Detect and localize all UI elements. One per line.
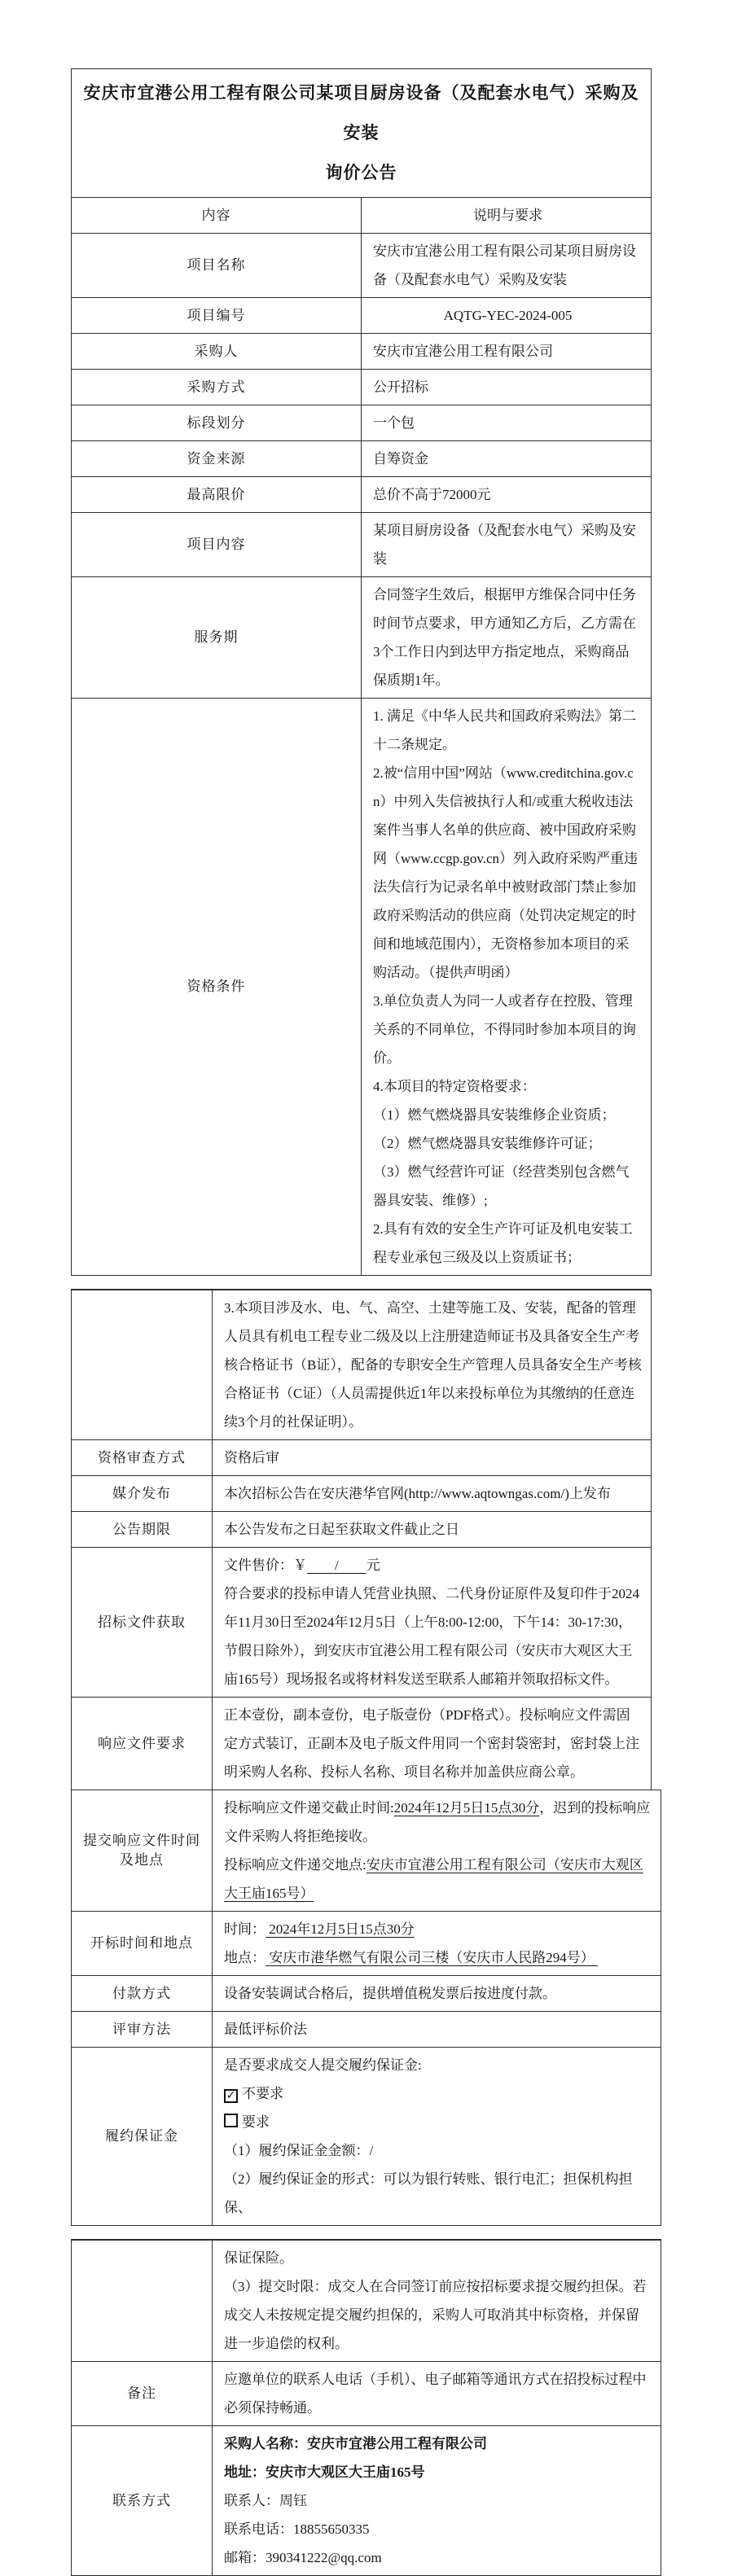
announcement-table-2b: 提交响应文件时间及地点投标响应文件递交截止时间:2024年12月5日15点30分… xyxy=(71,1790,661,2226)
paragraph: 总价不高于72000元 xyxy=(373,480,643,509)
paragraph: 投标响应文件递交截止时间:2024年12月5日15点30分，迟到的投标响应文件采… xyxy=(224,1794,652,1851)
text-segment: （3）提交时限：成交人在合同签订前应按招标要求提交履约担保。若成交人未按规定提交… xyxy=(224,2279,647,2351)
checkbox-unchecked-icon xyxy=(224,2114,238,2127)
table-row: 最高限价总价不高于72000元 xyxy=(72,477,652,513)
row-content: 时间： 2024年12月5日15点30分地点： 安庆市港华燃气有限公司三楼（安庆… xyxy=(213,1912,661,1976)
paragraph: （1）履约保证金金额：/ xyxy=(224,2136,652,2165)
paragraph: 文件售价：￥ / 元 xyxy=(224,1551,643,1579)
row-label: 招标文件获取 xyxy=(72,1548,213,1698)
row-label: 项目内容 xyxy=(72,513,362,577)
text-segment: 2.被“信用中国”网站（www.creditchina.gov.cn）中列入失信… xyxy=(373,765,638,980)
paragraph: 保证保险。 xyxy=(224,2244,652,2272)
paragraph: 公开招标 xyxy=(373,373,643,401)
text-segment: 符合要求的投标申请人凭营业执照、二代身份证原件及复印件于2024年11月30日至… xyxy=(224,1586,639,1687)
text-segment: 设备安装调试合格后，提供增值税发票后按进度付款。 xyxy=(224,1986,556,2001)
table-row: 资格审查方式资格后审 xyxy=(72,1440,652,1476)
row-label: 资格条件 xyxy=(72,699,362,1276)
row-content: AQTG-YEC-2024-005 xyxy=(362,298,652,334)
row-label: 内容 xyxy=(72,198,362,234)
row-content: 保证保险。（3）提交时限：成交人在合同签订前应按招标要求提交履约担保。若成交人未… xyxy=(213,2240,661,2362)
text-segment: （1）履约保证金金额：/ xyxy=(224,2143,373,2158)
row-content: 安庆市宜港公用工程有限公司 xyxy=(362,334,652,370)
paragraph: 正本壹份，副本壹份，电子版壹份（PDF格式）。投标响应文件需固定方式装订，正副本… xyxy=(224,1701,643,1786)
text-segment: （2）燃气燃烧器具安装维修许可证； xyxy=(373,1136,602,1151)
text-segment: 自筹资金 xyxy=(373,451,428,467)
paragraph: 2.具有有效的安全生产许可证及机电安装工程专业承包三级及以上资质证书； xyxy=(373,1215,643,1272)
text-segment: 最低评标价法 xyxy=(224,2022,307,2037)
row-content: 是否要求成交人提交履约保证金:✓不要求要求（1）履约保证金金额：/（2）履约保证… xyxy=(213,2048,661,2226)
row-label: 评审方法 xyxy=(72,2012,213,2048)
text-segment: 安庆市宜港公用工程有限公司 xyxy=(373,344,553,359)
row-content: 公开招标 xyxy=(362,370,652,405)
text-segment: 3.单位负责人为同一人或者存在控股、管理关系的不同单位，不得同时参加本项目的询价… xyxy=(373,993,636,1066)
row-content: 本次招标公告在安庆港华官网(http://www.aqtowngas.com/)… xyxy=(213,1476,652,1512)
paragraph: 联系人：周钰 xyxy=(224,2486,652,2515)
table-row: 联系方式采购人名称：安庆市宜港公用工程有限公司地址：安庆市大观区大王庙165号联… xyxy=(72,2426,661,2576)
paragraph: 一个包 xyxy=(373,409,643,437)
row-content: 1. 满足《中华人民共和国政府采购法》第二十二条规定。2.被“信用中国”网站（w… xyxy=(362,699,652,1276)
paragraph: 自筹资金 xyxy=(373,445,643,473)
paragraph: （3）燃气经营许可证（经营类别包含燃气器具安装、维修）; xyxy=(373,1158,643,1215)
table-row: 项目名称安庆市宜港公用工程有限公司某项目厨房设备（及配套水电气）采购及安装 xyxy=(72,234,652,298)
paragraph: 3.本项目涉及水、电、气、高空、土建等施工及、安装，配备的管理人员具有机电工程专… xyxy=(224,1294,643,1436)
table-row: 评审方法最低评标价法 xyxy=(72,2012,661,2048)
paragraph: 3.单位负责人为同一人或者存在控股、管理关系的不同单位，不得同时参加本项目的询价… xyxy=(373,987,643,1072)
text-segment: AQTG-YEC-2024-005 xyxy=(444,308,573,323)
text-segment: 本次招标公告在安庆港华官网(http://www.aqtowngas.com/)… xyxy=(224,1486,611,1501)
table-row: 采购人安庆市宜港公用工程有限公司 xyxy=(72,334,652,370)
table-row: 采购方式公开招标 xyxy=(72,370,652,405)
table-row: 媒介发布本次招标公告在安庆港华官网(http://www.aqtowngas.c… xyxy=(72,1476,652,1512)
paragraph: 2.被“信用中国”网站（www.creditchina.gov.cn）中列入失信… xyxy=(373,759,643,987)
row-label-empty xyxy=(72,2240,213,2362)
paragraph: 4.本项目的特定资格要求： xyxy=(373,1072,643,1101)
row-label: 最高限价 xyxy=(72,477,362,513)
table-row: 公告期限本公告发布之日起至获取文件截止之日 xyxy=(72,1512,652,1548)
row-content: 正本壹份，副本壹份，电子版壹份（PDF格式）。投标响应文件需固定方式装订，正副本… xyxy=(213,1698,652,1790)
table-row: 响应文件要求正本壹份，副本壹份，电子版壹份（PDF格式）。投标响应文件需固定方式… xyxy=(72,1698,652,1790)
title-line: 安庆市宜港公用工程有限公司某项目厨房设备（及配套水电气）采购及安装 xyxy=(75,73,647,153)
row-label: 备注 xyxy=(72,2362,213,2426)
text-segment: 某项目厨房设备（及配套水电气）采购及安装 xyxy=(373,523,636,567)
title-row: 安庆市宜港公用工程有限公司某项目厨房设备（及配套水电气）采购及安装询价公告 xyxy=(72,69,652,198)
text-segment: 采购人名称：安庆市宜港公用工程有限公司 xyxy=(224,2436,487,2451)
text-segment: 联系人：周钰 xyxy=(224,2493,307,2508)
paragraph: 联系电话：18855650335 xyxy=(224,2515,652,2543)
paragraph: 是否要求成交人提交履约保证金: xyxy=(224,2051,652,2079)
row-label: 资金来源 xyxy=(72,441,362,477)
table-row: 招标文件获取文件售价：￥ / 元符合要求的投标申请人凭营业执照、二代身份证原件及… xyxy=(72,1548,652,1698)
row-content: 资格后审 xyxy=(213,1440,652,1476)
text-segment: 应邀单位的联系人电话（手机）、电子邮箱等通讯方式在招投标过程中必须保持畅通。 xyxy=(224,2372,647,2416)
row-content: 说明与要求 xyxy=(362,198,652,234)
row-label: 标段划分 xyxy=(72,405,362,441)
text-segment: 元 xyxy=(366,1557,380,1573)
row-content: 应邀单位的联系人电话（手机）、电子邮箱等通讯方式在招投标过程中必须保持畅通。 xyxy=(213,2362,661,2426)
paragraph: 说明与要求 xyxy=(373,201,643,230)
row-content: 一个包 xyxy=(362,405,652,441)
text-segment: 投标响应文件递交地点: xyxy=(224,1857,366,1873)
row-content: 某项目厨房设备（及配套水电气）采购及安装 xyxy=(362,513,652,577)
document-title: 安庆市宜港公用工程有限公司某项目厨房设备（及配套水电气）采购及安装询价公告 xyxy=(72,69,652,198)
row-label: 项目名称 xyxy=(72,234,362,298)
paragraph: 采购人名称：安庆市宜港公用工程有限公司 xyxy=(224,2429,652,2458)
text-segment: 地点： xyxy=(224,1950,266,1965)
text-segment: 联系电话：18855650335 xyxy=(224,2521,370,2537)
row-content: 自筹资金 xyxy=(362,441,652,477)
row-content: 3.本项目涉及水、电、气、高空、土建等施工及、安装，配备的管理人员具有机电工程专… xyxy=(213,1290,652,1440)
underlined-text: 安庆市港华燃气有限公司三楼（安庆市人民路294号） xyxy=(266,1950,598,1965)
paragraph: 应邀单位的联系人电话（手机）、电子邮箱等通讯方式在招投标过程中必须保持畅通。 xyxy=(224,2365,652,2422)
title-line: 询价公告 xyxy=(75,153,647,193)
row-label: 服务期 xyxy=(72,577,362,699)
text-segment: 时间： xyxy=(224,1921,266,1937)
text-segment: （3）燃气经营许可证（经营类别包含燃气器具安装、维修）; xyxy=(373,1164,630,1208)
text-segment: 投标响应文件递交截止时间: xyxy=(224,1800,394,1816)
row-label: 提交响应文件时间及地点 xyxy=(72,1790,213,1912)
paragraph: （1）燃气燃烧器具安装维修企业资质； xyxy=(373,1101,643,1129)
paragraph: 1. 满足《中华人民共和国政府采购法》第二十二条规定。 xyxy=(373,702,643,759)
underlined-text: 2024年12月5日15点30分 xyxy=(266,1921,415,1937)
text-segment: 3.本项目涉及水、电、气、高空、土建等施工及、安装，配备的管理人员具有机电工程专… xyxy=(224,1300,642,1430)
table-row: 3.本项目涉及水、电、气、高空、土建等施工及、安装，配备的管理人员具有机电工程专… xyxy=(72,1290,652,1440)
text-segment: 本公告发布之日起至获取文件截止之日 xyxy=(224,1522,459,1537)
text-segment: 2.具有有效的安全生产许可证及机电安装工程专业承包三级及以上资质证书； xyxy=(373,1221,633,1265)
text-segment: （1）燃气燃烧器具安装维修企业资质； xyxy=(373,1107,616,1123)
paragraph: AQTG-YEC-2024-005 xyxy=(373,301,643,330)
paragraph: 合同签字生效后，根据甲方维保合同中任务时间节点要求，甲方通知乙方后，乙方需在3个… xyxy=(373,580,643,694)
table-row: 项目内容某项目厨房设备（及配套水电气）采购及安装 xyxy=(72,513,652,577)
table-row: 履约保证金是否要求成交人提交履约保证金:✓不要求要求（1）履约保证金金额：/（2… xyxy=(72,2048,661,2226)
row-content: 采购人名称：安庆市宜港公用工程有限公司地址：安庆市大观区大王庙165号联系人：周… xyxy=(213,2426,661,2576)
row-content: 合同签字生效后，根据甲方维保合同中任务时间节点要求，甲方通知乙方后，乙方需在3个… xyxy=(362,577,652,699)
table-row: 备注应邀单位的联系人电话（手机）、电子邮箱等通讯方式在招投标过程中必须保持畅通。 xyxy=(72,2362,661,2426)
text-segment: 正本壹份，副本壹份，电子版壹份（PDF格式）。投标响应文件需固定方式装订，正副本… xyxy=(224,1707,639,1780)
text-segment: 资格后审 xyxy=(224,1450,279,1465)
table-row: 资格条件1. 满足《中华人民共和国政府采购法》第二十二条规定。2.被“信用中国”… xyxy=(72,699,652,1276)
text-segment: 公开招标 xyxy=(373,379,428,395)
row-content: 本公告发布之日起至获取文件截止之日 xyxy=(213,1512,652,1548)
underlined-text: / xyxy=(307,1557,366,1573)
paragraph: 安庆市宜港公用工程有限公司 xyxy=(373,337,643,366)
text-segment: 文件售价：￥ xyxy=(224,1557,307,1573)
text-segment: 要求 xyxy=(242,2114,270,2130)
paragraph: 设备安装调试合格后，提供增值税发票后按进度付款。 xyxy=(224,1979,652,2008)
row-label: 联系方式 xyxy=(72,2426,213,2576)
row-content: 投标响应文件递交截止时间:2024年12月5日15点30分，迟到的投标响应文件采… xyxy=(213,1790,661,1912)
row-content: 安庆市宜港公用工程有限公司某项目厨房设备（及配套水电气）采购及安装 xyxy=(362,234,652,298)
table-row: 服务期合同签字生效后，根据甲方维保合同中任务时间节点要求，甲方通知乙方后，乙方需… xyxy=(72,577,652,699)
table-row: 开标时间和地点时间： 2024年12月5日15点30分地点： 安庆市港华燃气有限… xyxy=(72,1912,661,1976)
announcement-table-2a: 3.本项目涉及水、电、气、高空、土建等施工及、安装，配备的管理人员具有机电工程专… xyxy=(71,1289,652,1790)
text-segment: 4.本项目的特定资格要求： xyxy=(373,1079,536,1094)
row-label: 公告期限 xyxy=(72,1512,213,1548)
paragraph: 符合要求的投标申请人凭营业执照、二代身份证原件及复印件于2024年11月30日至… xyxy=(224,1579,643,1693)
row-content: 最低评标价法 xyxy=(213,2012,661,2048)
row-label: 资格审查方式 xyxy=(72,1440,213,1476)
table-row: 标段划分一个包 xyxy=(72,405,652,441)
row-label: 履约保证金 xyxy=(72,2048,213,2226)
row-content: 总价不高于72000元 xyxy=(362,477,652,513)
underlined-text: 2024年12月5日15点30分 xyxy=(394,1800,540,1816)
text-segment: 不要求 xyxy=(242,2086,283,2101)
table-row: 付款方式设备安装调试合格后，提供增值税发票后按进度付款。 xyxy=(72,1976,661,2012)
announcement-table-1: 安庆市宜港公用工程有限公司某项目厨房设备（及配套水电气）采购及安装询价公告内容说… xyxy=(71,68,652,1276)
table-row: 项目编号AQTG-YEC-2024-005 xyxy=(72,298,652,334)
text-segment: 合同签字生效后，根据甲方维保合同中任务时间节点要求，甲方通知乙方后，乙方需在3个… xyxy=(373,587,636,688)
paragraph: 地点： 安庆市港华燃气有限公司三楼（安庆市人民路294号） xyxy=(224,1943,652,1972)
text-segment: 总价不高于72000元 xyxy=(373,487,491,502)
paragraph: 地址：安庆市大观区大王庙165号 xyxy=(224,2458,652,2486)
paragraph: 要求 xyxy=(224,2108,652,2136)
checkbox-checked-icon: ✓ xyxy=(224,2089,238,2103)
row-label: 项目编号 xyxy=(72,298,362,334)
text-segment: 1. 满足《中华人民共和国政府采购法》第二十二条规定。 xyxy=(373,708,636,752)
text-segment: 是否要求成交人提交履约保证金: xyxy=(224,2057,422,2073)
table-row: 内容说明与要求 xyxy=(72,198,652,234)
row-content: 文件售价：￥ / 元符合要求的投标申请人凭营业执照、二代身份证原件及复印件于20… xyxy=(213,1548,652,1698)
paragraph: 邮箱：390341222@qq.com xyxy=(224,2543,652,2572)
row-label: 采购人 xyxy=(72,334,362,370)
paragraph: 资格后审 xyxy=(224,1444,643,1472)
paragraph: 某项目厨房设备（及配套水电气）采购及安装 xyxy=(373,516,643,573)
paragraph: 投标响应文件递交地点:安庆市宜港公用工程有限公司（安庆市大观区大王庙165号） xyxy=(224,1851,652,1908)
text-segment: 地址：安庆市大观区大王庙165号 xyxy=(224,2464,425,2480)
text-segment: 邮箱：390341222@qq.com xyxy=(224,2550,382,2565)
text-segment: 说明与要求 xyxy=(473,208,542,223)
text-segment: 安庆市宜港公用工程有限公司某项目厨房设备（及配套水电气）采购及安装 xyxy=(373,243,636,287)
row-label: 采购方式 xyxy=(72,370,362,405)
paragraph: 本次招标公告在安庆港华官网(http://www.aqtowngas.com/)… xyxy=(224,1479,643,1508)
document-page: 安庆市宜港公用工程有限公司某项目厨房设备（及配套水电气）采购及安装询价公告内容说… xyxy=(0,0,733,2576)
table-row: 资金来源自筹资金 xyxy=(72,441,652,477)
row-label: 付款方式 xyxy=(72,1976,213,2012)
announcement-table-3: 保证保险。（3）提交时限：成交人在合同签订前应按招标要求提交履约担保。若成交人未… xyxy=(71,2239,661,2576)
paragraph: 本公告发布之日起至获取文件截止之日 xyxy=(224,1515,643,1544)
paragraph: 时间： 2024年12月5日15点30分 xyxy=(224,1915,652,1943)
row-content: 设备安装调试合格后，提供增值税发票后按进度付款。 xyxy=(213,1976,661,2012)
table-row: 提交响应文件时间及地点投标响应文件递交截止时间:2024年12月5日15点30分… xyxy=(72,1790,661,1912)
paragraph: 最低评标价法 xyxy=(224,2015,652,2044)
text-segment: 一个包 xyxy=(373,415,415,431)
paragraph: （3）提交时限：成交人在合同签订前应按招标要求提交履约担保。若成交人未按规定提交… xyxy=(224,2272,652,2358)
text-segment: 保证保险。 xyxy=(224,2250,293,2266)
row-label: 媒介发布 xyxy=(72,1476,213,1512)
text-segment: （2）履约保证金的形式：可以为银行转账、银行电汇；担保机构担保、 xyxy=(224,2171,633,2215)
row-label: 响应文件要求 xyxy=(72,1698,213,1790)
row-label-empty xyxy=(72,1290,213,1440)
paragraph: ✓不要求 xyxy=(224,2079,652,2108)
row-label: 开标时间和地点 xyxy=(72,1912,213,1976)
paragraph: 安庆市宜港公用工程有限公司某项目厨房设备（及配套水电气）采购及安装 xyxy=(373,237,643,294)
paragraph: （2）燃气燃烧器具安装维修许可证； xyxy=(373,1129,643,1158)
paragraph: （2）履约保证金的形式：可以为银行转账、银行电汇；担保机构担保、 xyxy=(224,2165,652,2222)
table-row: 保证保险。（3）提交时限：成交人在合同签订前应按招标要求提交履约担保。若成交人未… xyxy=(72,2240,661,2362)
